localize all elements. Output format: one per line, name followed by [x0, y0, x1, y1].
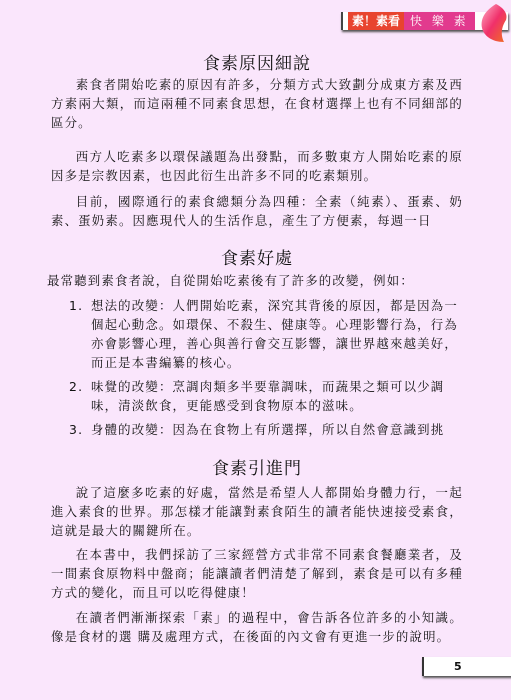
- banner-title-part1: 素！素看: [348, 12, 404, 30]
- page-number: 5: [454, 657, 462, 676]
- list-text: 想法的改變：人們開始吃素，深究其背後的原因，都是因為一個起心動念。如環保、不殺生…: [91, 298, 458, 370]
- section-title-intro: 食素引進門: [51, 454, 463, 479]
- list-number: 3.: [69, 420, 83, 439]
- page-number-box: 5: [422, 657, 511, 676]
- list-item: 1. 想法的改變：人們開始吃素，深究其背後的原因，都是因為一個起心動念。如環保、…: [69, 296, 463, 372]
- paragraph: 西方人吃素多以環保議題為出發點，而多數東方人開始吃素的原因多是宗教因素，也因此衍…: [51, 147, 463, 185]
- list-text: 味覺的改變：烹調肉類多半要靠調味，而蔬果之類可以少調味，清淡飲食，更能感受到食物…: [91, 379, 444, 413]
- paragraph: 素食者開始吃素的原因有許多，分類方式大致劃分成東方素及西方素兩大類，而這兩種不同…: [51, 75, 463, 132]
- paragraph: 目前，國際通行的素食總類分為四種：全素（純素）、蛋素、奶素、蛋奶素。因應現代人的…: [51, 192, 463, 230]
- list-text: 身體的改變：因為在食物上有所選擇，所以自然會意識到挑: [91, 422, 444, 437]
- paragraph: 在本書中，我們採訪了三家經營方式非常不同素食餐廳業者，及一間素食原物料中盤商；能…: [51, 545, 463, 602]
- list-number: 2.: [69, 377, 83, 396]
- list-number: 1.: [69, 296, 83, 315]
- list-item: 2. 味覺的改變：烹調肉類多半要靠調味，而蔬果之類可以少調味，清淡飲食，更能感受…: [69, 377, 463, 415]
- header-banner: 素！素看 快 樂 素: [348, 12, 475, 30]
- banner-title-part2: 快 樂 素: [404, 12, 475, 30]
- paragraph: 說了這麼多吃素的好處，當然是希望人人都開始身體力行，一起進入素食的世界。那怎樣才…: [51, 483, 463, 540]
- paragraph: 在讀者們漸漸探索「素」的過程中，會告訴各位許多的小知識。像是食材的選 購及處理方…: [51, 608, 463, 646]
- section-title-benefits: 食素好處: [51, 244, 463, 269]
- list-item: 3. 身體的改變：因為在食物上有所選擇，所以自然會意識到挑: [69, 420, 463, 439]
- paragraph-intro: 最常聽到素食者說，自從開始吃素後有了許多的改變，例如：: [47, 271, 459, 290]
- petal-decoration-icon: [478, 2, 508, 44]
- section-title-reasons: 食素原因細說: [51, 49, 463, 74]
